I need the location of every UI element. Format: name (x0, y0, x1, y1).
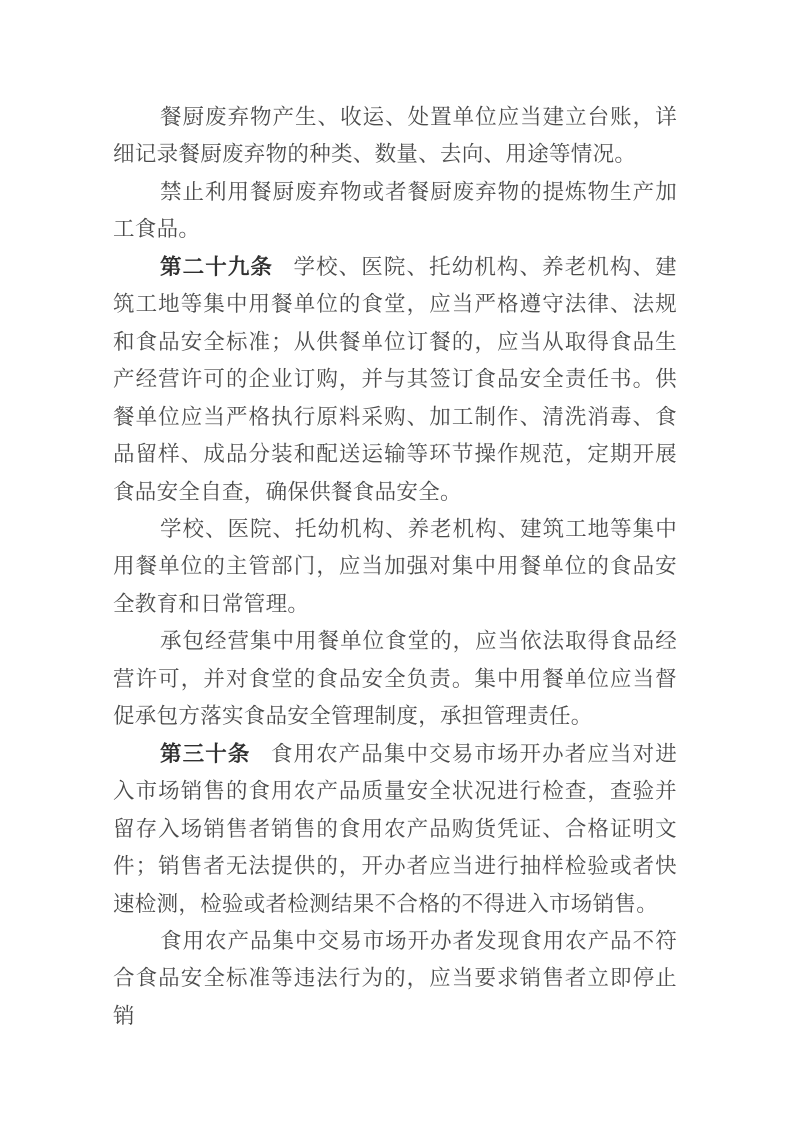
paragraph-market-violations: 食用农产品集中交易市场开办者发现食用农产品不符合食品安全标准等违法行为的，应当要… (113, 923, 677, 1035)
paragraph-article-30: 第三十条食用农产品集中交易市场开办者应当对进入市场销售的食用农产品质量安全状况进… (113, 736, 677, 923)
paragraph-text: 禁止利用餐厨废弃物或者餐厨废弃物的提炼物生产加工食品。 (113, 180, 677, 241)
article-30-number: 第三十条 (160, 742, 250, 766)
article-29-number: 第二十九条 (160, 255, 273, 279)
paragraph-text: 食用农产品集中交易市场开办者发现食用农产品不符合食品安全标准等违法行为的，应当要… (113, 929, 677, 1028)
document-page: 餐厨废弃物产生、收运、处置单位应当建立台账，详细记录餐厨废弃物的种类、数量、去向… (0, 0, 793, 1122)
paragraph-kitchen-waste-prohibition: 禁止利用餐厨废弃物或者餐厨废弃物的提炼物生产加工食品。 (113, 174, 677, 249)
paragraph-canteen-supervision: 学校、医院、托幼机构、养老机构、建筑工地等集中用餐单位的主管部门，应当加强对集中… (113, 511, 677, 623)
paragraph-kitchen-waste-ledger: 餐厨废弃物产生、收运、处置单位应当建立台账，详细记录餐厨废弃物的种类、数量、去向… (113, 99, 677, 174)
paragraph-text: 食用农产品集中交易市场开办者应当对进入市场销售的食用农产品质量安全状况进行检查，… (113, 742, 677, 916)
paragraph-text: 学校、医院、托幼机构、养老机构、建筑工地等集中用餐单位的主管部门，应当加强对集中… (113, 517, 677, 616)
paragraph-text: 承包经营集中用餐单位食堂的，应当依法取得食品经营许可，并对食堂的食品安全负责。集… (113, 629, 677, 728)
document-text-block: 餐厨废弃物产生、收运、处置单位应当建立台账，详细记录餐厨废弃物的种类、数量、去向… (113, 99, 677, 1035)
paragraph-canteen-contracting: 承包经营集中用餐单位食堂的，应当依法取得食品经营许可，并对食堂的食品安全负责。集… (113, 623, 677, 735)
paragraph-text: 学校、医院、托幼机构、养老机构、建筑工地等集中用餐单位的食堂，应当严格遵守法律、… (113, 255, 677, 504)
paragraph-article-29: 第二十九条学校、医院、托幼机构、养老机构、建筑工地等集中用餐单位的食堂，应当严格… (113, 249, 677, 511)
paragraph-text: 餐厨废弃物产生、收运、处置单位应当建立台账，详细记录餐厨废弃物的种类、数量、去向… (113, 105, 677, 166)
